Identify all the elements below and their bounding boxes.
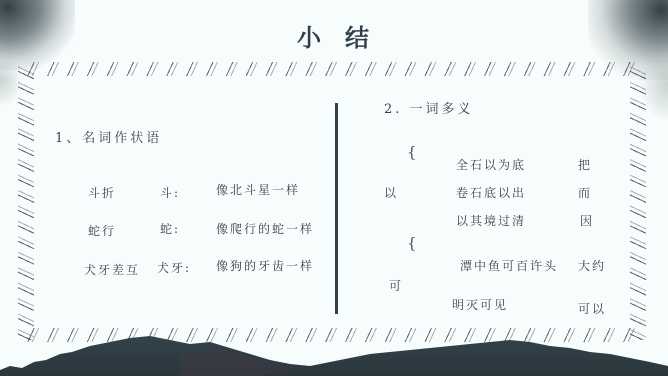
term-3: 犬牙差互	[84, 261, 140, 278]
example-2-2: 明灭可见	[452, 296, 508, 313]
term-meaning-3: 像狗的牙齿一样	[216, 257, 314, 274]
page-title: 小结	[0, 18, 668, 53]
example-1-2: 卷石底以出	[456, 184, 526, 201]
example-1-1: 全石以为底	[456, 156, 526, 173]
title-char-1: 小	[297, 24, 345, 52]
term-2: 蛇行	[88, 222, 116, 239]
title-char-2: 结	[345, 24, 393, 52]
scribble-frame-left	[18, 64, 34, 340]
term-key-1: 斗:	[160, 184, 180, 201]
brace-icon-1: {	[407, 143, 417, 161]
brace-icon-2: {	[407, 234, 417, 252]
example-meaning-2-1: 大约	[578, 257, 606, 274]
term-1: 斗折	[88, 184, 116, 201]
ink-mountains-decoration	[0, 324, 668, 376]
example-meaning-1-3: 因	[580, 212, 594, 229]
polysemy-word-1: 以	[384, 184, 398, 201]
example-meaning-1-1: 把	[578, 156, 592, 173]
term-key-2: 蛇:	[160, 220, 180, 237]
term-meaning-1: 像北斗星一样	[216, 181, 300, 198]
example-2-1: 潭中鱼可百许头	[460, 257, 558, 274]
scribble-frame-top	[26, 62, 642, 76]
term-key-3: 犬牙:	[157, 259, 191, 276]
example-meaning-1-2: 而	[578, 184, 592, 201]
section-heading-polysemy: 2. 一词多义	[384, 98, 474, 117]
slide: 小结 1、名词作状语 斗折 斗: 像北斗星一样 蛇行 蛇: 像爬行的蛇一样 犬牙…	[0, 0, 668, 376]
section-heading-adverbial: 1、名词作状语	[55, 127, 162, 146]
term-meaning-2: 像爬行的蛇一样	[216, 220, 314, 237]
example-meaning-2-2: 可以	[578, 300, 606, 317]
example-1-3: 以其境过清	[456, 212, 526, 229]
vertical-divider	[335, 103, 338, 314]
scribble-frame-right	[630, 64, 646, 340]
polysemy-word-2: 可	[389, 277, 403, 294]
